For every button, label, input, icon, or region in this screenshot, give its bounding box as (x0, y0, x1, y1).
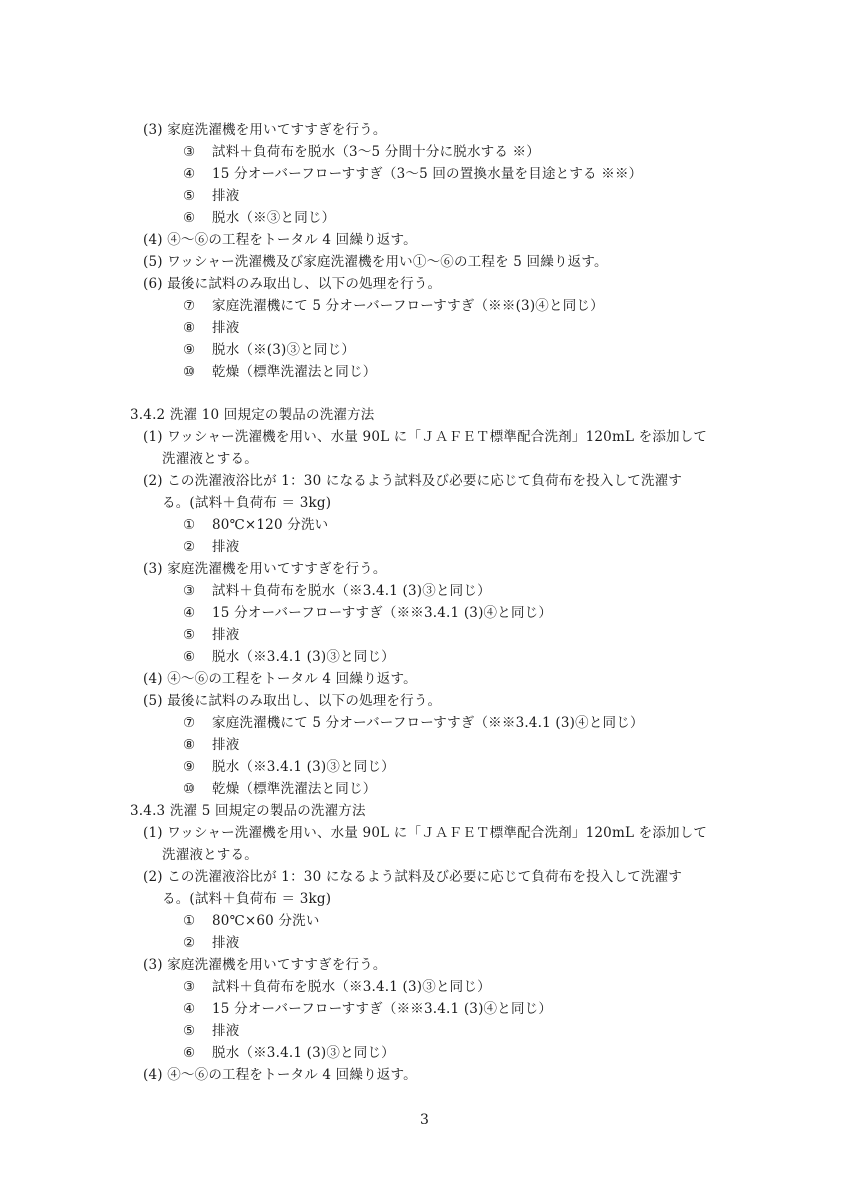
paragraph-5: (5) ワッシャー洗濯機及び家庭洗濯機を用い①～⑥の工程を 5 回繰り返す。 (143, 253, 608, 271)
step-item: ⑥脱水（※3.4.1 (3)③と同じ） (183, 1044, 395, 1062)
step-text: 試料＋負荷布を脱水（※3.4.1 (3)③と同じ） (212, 979, 491, 995)
step-item: ⑩乾燥（標準洗濯法と同じ） (183, 363, 376, 381)
step-item: ①80℃×120 分洗い (183, 516, 328, 534)
step-text: 排液 (212, 627, 239, 643)
step-number: ① (183, 516, 212, 534)
step-number: ⑥ (183, 648, 212, 666)
step-item: ③試料＋負荷布を脱水（※3.4.1 (3)③と同じ） (183, 978, 491, 996)
step-item: ④15 分オーバーフローすすぎ（3～5 回の置換水量を目途とする ※※） (183, 165, 642, 183)
step-number: ⑦ (183, 297, 212, 315)
section-heading-3-4-3: 3.4.3 洗濯 5 回規定の製品の洗濯方法 (130, 802, 366, 820)
step-item: ②排液 (183, 538, 239, 556)
step-item: ⑥脱水（※③と同じ） (183, 209, 335, 227)
step-text: 排液 (212, 737, 239, 753)
step-number: ⑩ (183, 780, 212, 798)
step-item: ⑦家庭洗濯機にて 5 分オーバーフローすすぎ（※※3.4.1 (3)④と同じ） (183, 714, 644, 732)
paragraph-4: (4) ④～⑥の工程をトータル 4 回繰り返す。 (143, 1066, 417, 1084)
step-number: ⑤ (183, 187, 212, 205)
step-text: 15 分オーバーフローすすぎ（※※3.4.1 (3)④と同じ） (212, 1001, 552, 1017)
paragraph-4: (4) ④～⑥の工程をトータル 4 回繰り返す。 (143, 231, 417, 249)
step-item: ⑥脱水（※3.4.1 (3)③と同じ） (183, 648, 395, 666)
step-text: 15 分オーバーフローすすぎ（3～5 回の置換水量を目途とする ※※） (212, 166, 642, 182)
step-number: ⑦ (183, 714, 212, 732)
step-number: ⑥ (183, 209, 212, 227)
section-heading-3-4-2: 3.4.2 洗濯 10 回規定の製品の洗濯方法 (130, 406, 375, 424)
step-number: ④ (183, 1000, 212, 1018)
step-number: ⑥ (183, 1044, 212, 1062)
step-text: 脱水（※3.4.1 (3)③と同じ） (212, 649, 395, 665)
step-number: ③ (183, 582, 212, 600)
page-number: 3 (0, 1112, 849, 1128)
step-item: ②排液 (183, 934, 239, 952)
paragraph-3: (3) 家庭洗濯機を用いてすすぎを行う。 (143, 560, 387, 578)
paragraph-1-cont: 洗濯液とする。 (162, 450, 258, 468)
step-text: 脱水（※3.4.1 (3)③と同じ） (212, 759, 395, 775)
step-text: 80℃×120 分洗い (212, 517, 328, 533)
step-text: 試料＋負荷布を脱水（※3.4.1 (3)③と同じ） (212, 583, 491, 599)
step-item: ③試料＋負荷布を脱水（3～5 分間十分に脱水する ※） (183, 143, 540, 161)
paragraph-1: (1) ワッシャー洗濯機を用い、水量 90L に「ＪＡＦＥＴ標準配合洗剤」120… (143, 824, 707, 842)
step-text: 排液 (212, 1023, 239, 1039)
paragraph-1-cont: 洗濯液とする。 (162, 846, 258, 864)
document-page: (3) 家庭洗濯機を用いてすすぎを行う。 ③試料＋負荷布を脱水（3～5 分間十分… (0, 0, 849, 1200)
step-item: ⑨脱水（※3.4.1 (3)③と同じ） (183, 758, 395, 776)
step-number: ② (183, 934, 212, 952)
step-number: ② (183, 538, 212, 556)
paragraph-2: (2) この洗濯液浴比が 1：30 になるよう試料及び必要に応じて負荷布を投入し… (143, 472, 682, 490)
paragraph-4: (4) ④～⑥の工程をトータル 4 回繰り返す。 (143, 670, 417, 688)
step-number: ③ (183, 143, 212, 161)
step-number: ⑨ (183, 758, 212, 776)
step-text: 試料＋負荷布を脱水（3～5 分間十分に脱水する ※） (212, 144, 540, 160)
step-number: ⑤ (183, 626, 212, 644)
step-item: ⑧排液 (183, 319, 239, 337)
step-number: ⑩ (183, 363, 212, 381)
step-text: 80℃×60 分洗い (212, 913, 320, 929)
step-number: ① (183, 912, 212, 930)
step-number: ④ (183, 165, 212, 183)
step-text: 15 分オーバーフローすすぎ（※※3.4.1 (3)④と同じ） (212, 605, 552, 621)
step-text: 排液 (212, 188, 239, 204)
step-text: 乾燥（標準洗濯法と同じ） (212, 364, 376, 380)
step-item: ⑤排液 (183, 626, 239, 644)
step-number: ③ (183, 978, 212, 996)
step-item: ⑤排液 (183, 187, 239, 205)
paragraph-3: (3) 家庭洗濯機を用いてすすぎを行う。 (143, 121, 387, 139)
step-number: ⑨ (183, 341, 212, 359)
paragraph-2: (2) この洗濯液浴比が 1：30 になるよう試料及び必要に応じて負荷布を投入し… (143, 868, 682, 886)
step-number: ⑤ (183, 1022, 212, 1040)
step-text: 脱水（※3.4.1 (3)③と同じ） (212, 1045, 395, 1061)
paragraph-6: (6) 最後に試料のみ取出し、以下の処理を行う。 (143, 275, 441, 293)
step-item: ⑧排液 (183, 736, 239, 754)
paragraph-2-cont: る。(試料＋負荷布 ＝ 3kg) (162, 890, 331, 908)
paragraph-3: (3) 家庭洗濯機を用いてすすぎを行う。 (143, 956, 387, 974)
step-item: ⑩乾燥（標準洗濯法と同じ） (183, 780, 376, 798)
step-text: 脱水（※③と同じ） (212, 210, 335, 226)
step-text: 排液 (212, 539, 239, 555)
step-text: 脱水（※(3)③と同じ） (212, 342, 355, 358)
step-item: ⑤排液 (183, 1022, 239, 1040)
step-item: ④15 分オーバーフローすすぎ（※※3.4.1 (3)④と同じ） (183, 604, 552, 622)
step-text: 排液 (212, 935, 239, 951)
step-number: ④ (183, 604, 212, 622)
paragraph-2-cont: る。(試料＋負荷布 ＝ 3kg) (162, 494, 331, 512)
step-text: 家庭洗濯機にて 5 分オーバーフローすすぎ（※※3.4.1 (3)④と同じ） (212, 715, 644, 731)
step-item: ⑨脱水（※(3)③と同じ） (183, 341, 355, 359)
step-text: 排液 (212, 320, 239, 336)
step-number: ⑧ (183, 319, 212, 337)
step-item: ③試料＋負荷布を脱水（※3.4.1 (3)③と同じ） (183, 582, 491, 600)
step-item: ④15 分オーバーフローすすぎ（※※3.4.1 (3)④と同じ） (183, 1000, 552, 1018)
paragraph-5: (5) 最後に試料のみ取出し、以下の処理を行う。 (143, 692, 441, 710)
paragraph-1: (1) ワッシャー洗濯機を用い、水量 90L に「ＪＡＦＥＴ標準配合洗剤」120… (143, 428, 707, 446)
step-text: 家庭洗濯機にて 5 分オーバーフローすすぎ（※※(3)④と同じ） (212, 298, 604, 314)
step-number: ⑧ (183, 736, 212, 754)
step-item: ①80℃×60 分洗い (183, 912, 320, 930)
step-text: 乾燥（標準洗濯法と同じ） (212, 781, 376, 797)
step-item: ⑦家庭洗濯機にて 5 分オーバーフローすすぎ（※※(3)④と同じ） (183, 297, 604, 315)
